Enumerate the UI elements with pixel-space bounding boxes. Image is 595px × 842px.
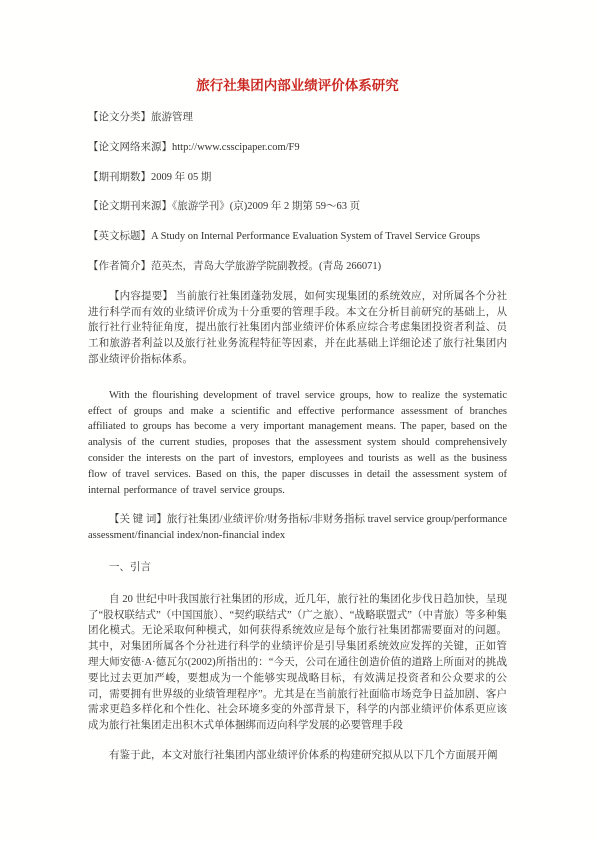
meta-line-author: 【作者简介】范英杰，青岛大学旅游学院副教授。(青岛 266071) [88, 259, 507, 275]
meta-value-author: 范英杰，青岛大学旅游学院副教授。(青岛 266071) [151, 261, 381, 272]
meta-label-issue: 【期刊期数】 [88, 172, 151, 183]
meta-label-category: 【论文分类】 [88, 112, 151, 123]
meta-line-category: 【论文分类】旅游管理 [88, 110, 507, 126]
meta-label-author: 【作者简介】 [88, 261, 151, 272]
meta-label-web-source: 【论文网络来源】 [88, 142, 172, 153]
meta-value-english-title: A Study on Internal Performance Evaluati… [151, 231, 480, 242]
meta-line-journal-source: 【论文期刊来源】《旅游学刊》(京)2009 年 2 期第 59～63 页 [88, 199, 507, 215]
abstract-chinese-label: 【内容提要】 [109, 291, 173, 302]
abstract-english: With the flourishing development of trav… [88, 388, 507, 499]
meta-value-issue: 2009 年 05 期 [151, 172, 211, 183]
meta-label-journal-source: 【论文期刊来源】 [88, 201, 172, 212]
section-heading-introduction: 一、引言 [88, 560, 507, 576]
meta-line-issue: 【期刊期数】2009 年 05 期 [88, 170, 507, 186]
keywords: 【关 键 词】旅行社集团/业绩评价/财务指标/非财务指标 travel serv… [88, 512, 507, 544]
keywords-label: 【关 键 词】 [109, 514, 167, 525]
meta-value-category: 旅游管理 [151, 112, 193, 123]
introduction-paragraph-2: 有鉴于此，本文对旅行社集团内部业绩评价体系的构建研究拟从以下几个方面展开阐 [88, 748, 507, 764]
meta-value-web-source-url: http://www.csscipaper.com/F9 [172, 142, 300, 153]
paper-title: 旅行社集团内部业绩评价体系研究 [88, 76, 507, 96]
abstract-chinese: 【内容提要】 当前旅行社集团蓬勃发展，如何实现集团的系统效应，对所属各个分社进行… [88, 289, 507, 368]
meta-line-web-source: 【论文网络来源】http://www.csscipaper.com/F9 [88, 140, 507, 156]
introduction-paragraph-1: 自 20 世纪中叶我国旅行社集团的形成，近几年，旅行社的集团化步伐日趋加快，呈现… [88, 592, 507, 734]
meta-line-english-title: 【英文标题】A Study on Internal Performance Ev… [88, 229, 507, 245]
meta-value-journal-source: 《旅游学刊》(京)2009 年 2 期第 59～63 页 [172, 201, 360, 212]
meta-label-english-title: 【英文标题】 [88, 231, 151, 242]
document-page: 旅行社集团内部业绩评价体系研究 【论文分类】旅游管理 【论文网络来源】http:… [0, 0, 595, 842]
